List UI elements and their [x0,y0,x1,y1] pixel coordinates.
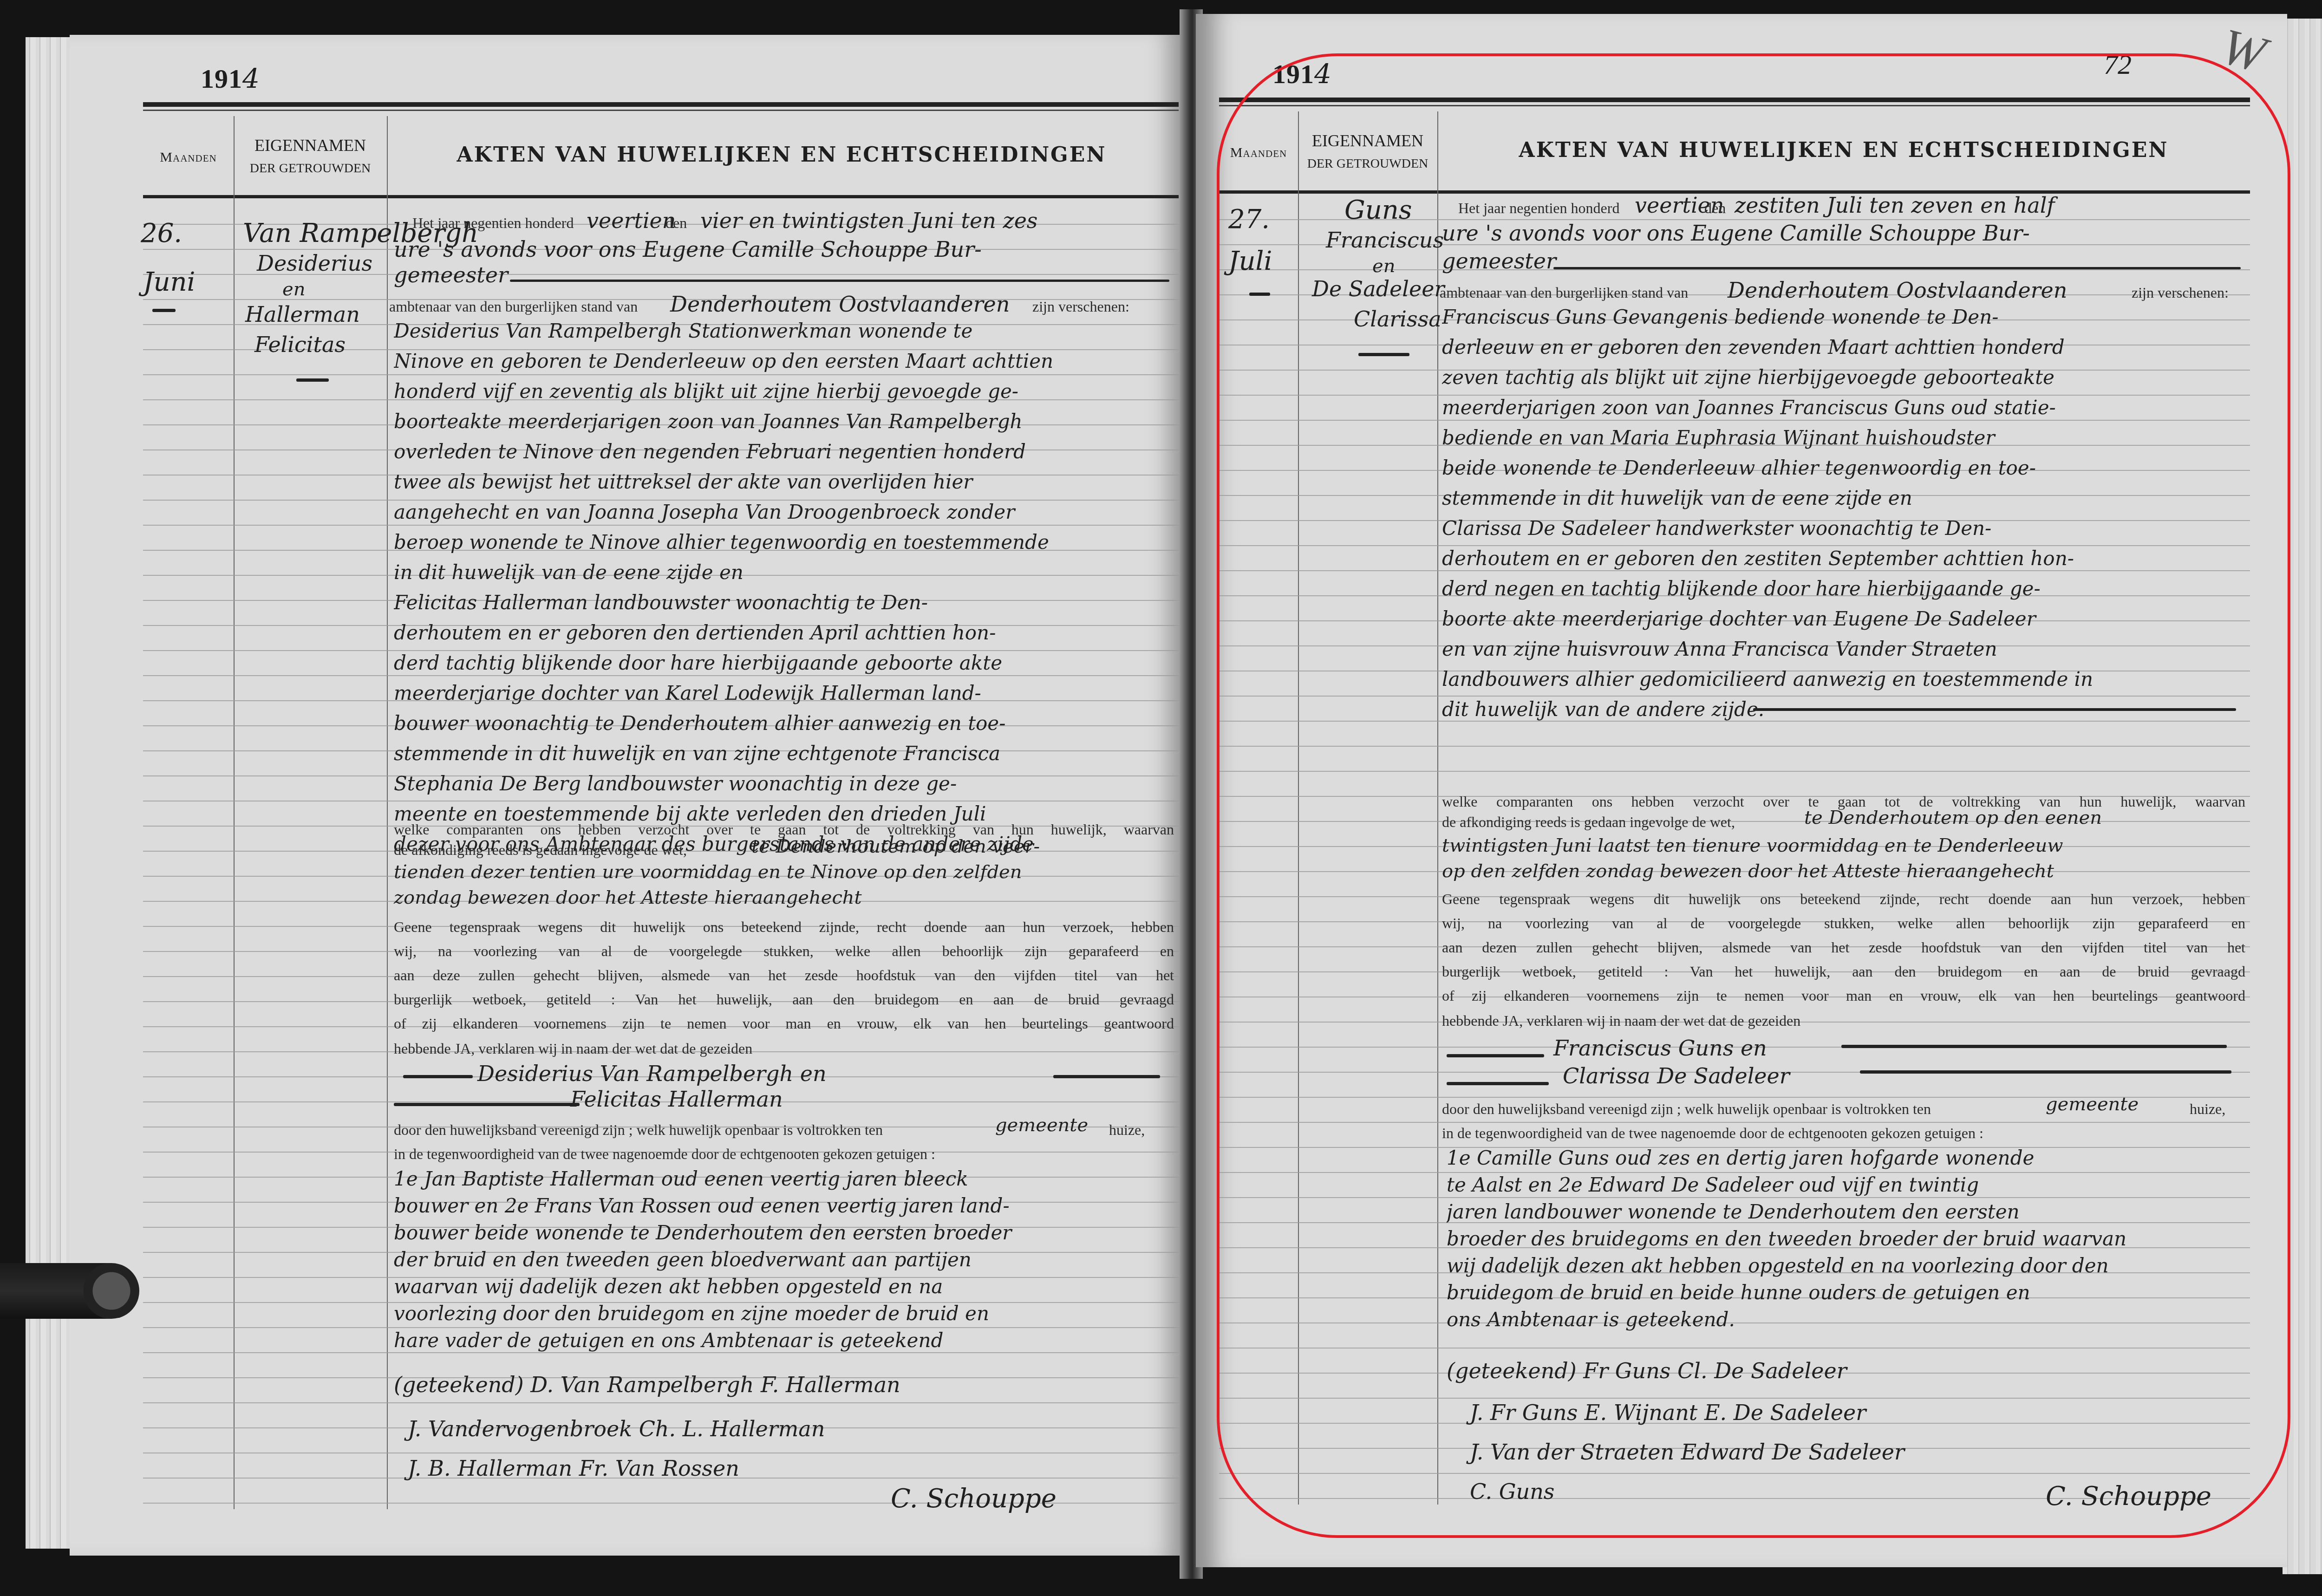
body-line: stemmende in dit huwelijk en van zijne e… [394,738,1174,769]
page-number: 72 [2104,49,2132,81]
signature-line: (geteekend) D. Van Rampelbergh F. Haller… [394,1372,900,1397]
den-printed: den [1704,200,1726,217]
dash [1249,293,1270,296]
body-line: Felicitas Hallerman landbouwster woonach… [394,587,1174,618]
legal-text: Geene tegenspraak wegens dit huwelijk on… [1442,887,2245,1008]
right-page: 1914 72 W Maanden EIGENNAMEN DER GETROUW… [1196,14,2287,1567]
signature-line: (geteekend) Fr Guns Cl. De Sadeleer [1447,1358,1847,1383]
spouses-line: Clarissa De Sadeleer [1563,1063,1790,1088]
register-title: AKTEN VAN HUWELIJKEN EN ECHTSCHEIDINGEN [1437,138,2250,162]
printed-line: burgerlijk wetboek, getiteld : Van het h… [1442,959,2245,984]
page-stack-left [26,37,77,1549]
union-printed: door den huwelijksband vereenigd zijn ; … [1442,1101,1931,1118]
body-line: meerderjarige dochter van Karel Lodewijk… [394,678,1174,708]
witness-line: broeder des bruidegoms en den tweeden br… [1447,1225,2245,1252]
body-line: derhoutem en er geboren den dertienden A… [394,618,1174,648]
year-handwritten-text: veertien [587,208,676,233]
printed-line: huize, [1109,1121,1145,1139]
appeared-printed: zijn verschenen: [2132,284,2229,301]
year-printed: 191 [1272,59,1314,89]
body-line: Clarissa De Sadeleer handwerkster woonac… [1442,513,2245,543]
fill-line [1841,1045,2227,1048]
printed-line: aan dezen zullen gehecht blijven, alsmed… [1442,935,2245,959]
names-conjunction: en [282,279,305,300]
witness-line: 1e Camille Guns oud zes en dertig jaren … [1447,1145,2245,1172]
year-label: 1914 [1272,58,1332,90]
witness-line: jaren landbouwer wonende te Denderhoutem… [1447,1199,2245,1225]
bride-surname: De Sadeleer [1312,276,1444,301]
act-body: Franciscus Guns Gevangenis bediende wone… [1442,302,2245,724]
dash [296,378,329,382]
fill-line [510,280,1169,282]
fill-line [1753,708,2236,711]
page-stack-right [2283,19,2322,1574]
body-line: boorte akte meerderjarige dochter van Eu… [1442,604,2245,634]
fill-line [1860,1070,2231,1074]
ledger-header: Maanden EIGENNAMEN DER GETROUWDEN AKTEN … [1219,111,2250,194]
signature-line: C. Guns [1470,1479,1554,1504]
witness-line: hare vader de getuigen en ons Ambtenaar … [394,1327,1174,1354]
body-line: Ninove en geboren te Denderleeuw op den … [394,346,1174,376]
body-line: Franciscus Guns Gevangenis bediende wone… [1442,302,2245,332]
announcement-line: te Denderhoutem op den veer- [751,836,1040,857]
witnesses-block: 1e Camille Guns oud zes en dertig jaren … [1447,1145,2245,1333]
body-line: beide wonende te Denderleeuw alhier tege… [1442,453,2245,483]
body-line: twee als bewijst het uittreksel der akte… [394,467,1174,497]
body-line: honderd vijf en zeventig als blijkt uit … [394,376,1174,406]
municipality-handwritten: Denderhoutem Oostvlaanderen [670,292,1010,317]
col-header-months: Maanden [1219,145,1298,161]
fill-line [1053,1075,1160,1078]
groom-firstname: Desiderius [257,251,372,276]
date-handwritten: vier en twintigsten Juni ten zes [700,208,1037,233]
col-header-names-sub: DER GETROUWDEN [234,157,387,180]
printed-line: of zij elkanderen voornemens zijn te nem… [1442,984,2245,1008]
announcement-line: te Denderhoutem op den eenen [1804,807,2102,828]
body-line: en van zijne huisvrouw Anna Francisca Va… [1442,634,2245,664]
ledger-table: Maanden EIGENNAMEN DER GETROUWDEN AKTEN … [143,102,1179,1509]
fill-line [1447,1054,1544,1057]
printed-line: Geene tegenspraak wegens dit huwelijk on… [394,915,1174,939]
den-printed: den [665,215,687,232]
bride-firstname: Clarissa [1354,306,1441,332]
signature-line: J. Van der Straeten Edward De Sadeleer [1470,1440,1905,1465]
municipality-handwritten: Denderhoutem Oostvlaanderen [1728,278,2067,303]
announcement-line: op den zelfden zondag bewezen door het A… [1442,860,2054,882]
entry-day: 27. [1228,204,1270,235]
dash [1358,353,1409,356]
witness-line: bruidegom de bruid en beide hunne ouders… [1447,1279,2245,1306]
union-printed: door den huwelijksband vereenigd zijn ; … [394,1121,883,1139]
thimble-on-finger [0,1263,139,1319]
signature-line: J. B. Hallerman Fr. Van Rossen [408,1456,739,1481]
printed-line: de afkondiging reeds is gedaan ingevolge… [1442,814,1735,831]
opening-printed: Het jaar negentien honderd [1458,200,1619,217]
officer-signature: C. Schouppe [891,1484,1057,1514]
union-place: gemeente [995,1114,1088,1136]
col-header-names-title: EIGENNAMEN [1312,131,1423,150]
witnesses-printed: in de tegenwoordigheid van de twee nagen… [1442,1125,1983,1142]
fill-line [1447,1082,1549,1085]
officer-printed: ambtenaar van den burgerlijken stand van [389,298,638,315]
body-line: aangehecht en van Joanna Josepha Van Dro… [394,497,1174,527]
body-line: derd tachtig blijkende door hare hierbij… [394,648,1174,678]
bride-surname: Hallerman [245,302,360,327]
body-line: derleeuw en er geboren den zevenden Maar… [1442,332,2245,362]
body-line: derd negen en tachtig blijkende door har… [1442,573,2245,604]
printed-line: hebbende JA, verklaren wij in naam der w… [394,1040,752,1057]
announcement-line: tienden dezer tentien ure voormiddag en … [394,861,1022,883]
officer-title: gemeester [1442,248,1556,274]
entry-month: Juli [1228,246,1272,276]
union-place: gemeente [2046,1094,2139,1115]
printed-line: huize, [2190,1101,2225,1118]
body-line: meerderjarigen zoon van Joannes Francisc… [1442,392,2245,423]
year-handwritten: 4 [1314,58,1332,90]
appeared-printed: zijn verschenen: [1032,298,1129,315]
fill-line [403,1075,473,1078]
body-line: stemmende in dit huwelijk van de eene zi… [1442,483,2245,513]
officer-title: gemeester [394,262,508,287]
ledger-header: Maanden EIGENNAMEN DER GETROUWDEN AKTEN … [143,116,1179,198]
spouses-line: Felicitas Hallerman [570,1087,783,1112]
names-conjunction: en [1372,255,1395,277]
printed-line: Geene tegenspraak wegens dit huwelijk on… [1442,887,2245,911]
col-header-names-sub: DER GETROUWDEN [1298,152,1437,176]
officer-line: ure 's avonds voor ons Eugene Camille Sc… [1442,221,2030,246]
signature-line: J. Vandervogenbroek Ch. L. Hallerman [408,1416,825,1441]
bride-firstname: Felicitas [254,332,346,357]
body-line: bediende en van Maria Euphrasia Wijnant … [1442,423,2245,453]
year-printed: 191 [201,64,242,94]
printed-line: wij, na voorlezing van al de voorgelegde… [394,939,1174,963]
witnesses-block: 1e Jan Baptiste Hallerman oud eenen veer… [394,1166,1174,1354]
col-header-names-title: EIGENNAMEN [254,136,366,155]
dash [152,309,176,312]
witness-line: 1e Jan Baptiste Hallerman oud eenen veer… [394,1166,1174,1192]
announcement-line: zondag bewezen door het Atteste hieraang… [394,887,862,908]
announcement-line: twintigsten Juni laatst ten tienure voor… [1442,835,2063,856]
officer-signature: C. Schouppe [2046,1481,2211,1511]
witness-line: ons Ambtenaar is geteekend. [1447,1306,2245,1333]
act-body: Desiderius Van Rampelbergh Stationwerkma… [394,316,1174,859]
printed-line: wij, na voorlezing van al de voorgelegde… [1442,911,2245,935]
witness-line: waarvan wij dadelijk dezen akt hebben op… [394,1273,1174,1300]
register-title: AKTEN VAN HUWELIJKEN EN ECHTSCHEIDINGEN [387,143,1176,167]
body-line: landbouwers alhier gedomicilieerd aanwez… [1442,664,2245,694]
date-handwritten: zestiten Juli ten zeven en half [1735,193,2055,218]
body-line: Desiderius Van Rampelbergh Stationwerkma… [394,316,1174,346]
witness-line: te Aalst en 2e Edward De Sadeleer oud vi… [1447,1172,2245,1199]
witness-line: bouwer beide wonende te Denderhoutem den… [394,1219,1174,1246]
entry-month: Juni [143,267,196,297]
legal-text: Geene tegenspraak wegens dit huwelijk on… [394,915,1174,1036]
spouses-line: Franciscus Guns en [1553,1036,1767,1061]
ledger-table: Maanden EIGENNAMEN DER GETROUWDEN AKTEN … [1219,98,2250,1505]
signature-line: J. Fr Guns E. Wijnant E. De Sadeleer [1470,1400,1866,1425]
witness-line: bouwer en 2e Frans Van Rossen oud eenen … [394,1192,1174,1219]
witness-line: voorlezing door den bruidegom en zijne m… [394,1300,1174,1327]
fill-line [394,1103,580,1106]
col-header-names: EIGENNAMEN DER GETROUWDEN [1298,129,1437,176]
witnesses-printed: in de tegenwoordigheid van de twee nagen… [394,1146,935,1163]
officer-line: ure 's avonds voor ons Eugene Camille Sc… [394,237,982,262]
printed-line: aan deze zullen gehecht blijven, alsmede… [394,963,1174,987]
witness-line: der bruid en den tweeden geen bloedverwa… [394,1246,1174,1273]
body-line: in dit huwelijk van de eene zijde en [394,557,1174,587]
spouses-line: Desiderius Van Rampelbergh en [477,1061,827,1086]
fill-line [1553,267,2241,269]
year-handwritten: 4 [242,63,260,94]
groom-firstname: Franciscus [1326,228,1444,253]
body-line: zeven tachtig als blijkt uit zijne hierb… [1442,362,2245,392]
printed-line: hebbende JA, verklaren wij in naam der w… [1442,1012,1800,1029]
opening-printed: Het jaar negentien honderd [412,215,574,232]
left-page: 1914 Maanden EIGENNAMEN DER GETROUWDEN A… [70,35,1189,1556]
col-header-names: EIGENNAMEN DER GETROUWDEN [234,134,387,180]
body-line: boorteakte meerderjarigen zoon van Joann… [394,406,1174,436]
body-line: derhoutem en er geboren den zestiten Sep… [1442,543,2245,573]
body-line: Stephania De Berg landbouwster woonachti… [394,769,1174,799]
col-header-months: Maanden [143,150,234,165]
entry-day: 26. [141,218,182,248]
body-line: beroep wonende te Ninove alhier tegenwoo… [394,527,1174,557]
printed-line: de afkondiging reeds is gedaan ingevolge… [394,841,687,859]
corner-mark: W [2215,16,2271,84]
officer-printed: ambtenaar van den burgerlijken stand van [1440,284,1688,301]
printed-line: of zij elkanderen voornemens zijn te nem… [394,1011,1174,1036]
body-line: overleden te Ninove den negenden Februar… [394,436,1174,467]
body-line: bouwer woonachtig te Denderhoutem alhier… [394,708,1174,738]
printed-line: burgerlijk wetboek, getiteld : Van het h… [394,987,1174,1011]
year-label: 1914 [201,63,260,94]
witness-line: wij dadelijk dezen akt hebben opgesteld … [1447,1252,2245,1279]
groom-surname: Guns [1344,195,1412,225]
